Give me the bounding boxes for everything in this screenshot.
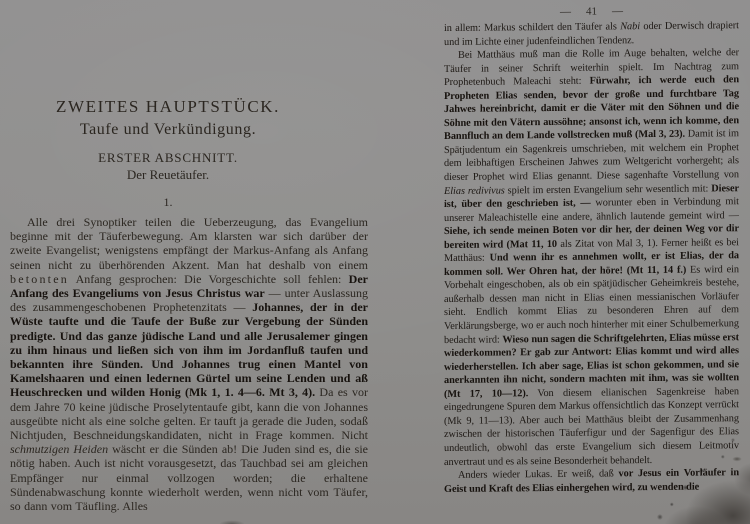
page-number: 41 — [586, 5, 597, 17]
right-page-body: in allem: Markus schildert den Täufer al… — [444, 19, 739, 496]
page-number-folio: — 41 — — [444, 3, 739, 19]
chapter-subtitle: Taufe und Verkündigung. — [10, 120, 347, 139]
text-run: in allem: Markus schildert den Täufer al… — [444, 21, 620, 34]
left-page-body: Alle drei Synoptiker teilen die Ueberzeu… — [10, 215, 368, 513]
body-paragraph: Anders wieder Lukas. Er weiß, daß vor Je… — [444, 466, 739, 496]
text-run: Anders wieder Lukas. Er weiß, daß — [458, 468, 619, 481]
chapter-title: ZWEITES HAUPTSTÜCK. — [10, 97, 347, 117]
left-page: ZWEITES HAUPTSTÜCK. Taufe und Verkündigu… — [10, 0, 368, 524]
body-paragraph: Bei Matthäus muß man die Rolle im Auge b… — [444, 46, 739, 469]
body-paragraph: in allem: Markus schildert den Täufer al… — [444, 19, 739, 49]
text-run: Nabi — [620, 21, 640, 32]
book-page-spread: ZWEITES HAUPTSTÜCK. Taufe und Verkündigu… — [0, 0, 750, 524]
text-run: schmutzigen Heiden — [10, 442, 108, 456]
text-run: Anfang gesprochen: Die Vorgeschichte sol… — [69, 272, 349, 286]
text-run: spielt im ersten Evangelium sehr wesentl… — [505, 183, 712, 196]
folio-dash-right: — — [612, 5, 623, 17]
chapter-heading: ZWEITES HAUPTSTÜCK. Taufe und Verkündigu… — [10, 97, 347, 182]
section-subtitle: Der Reuetäufer. — [10, 167, 347, 182]
section-title: ERSTER ABSCHNITT. — [10, 150, 347, 165]
folio-dash-left: — — [560, 5, 571, 17]
right-page: — 41 — in allem: Markus schildert den Tä… — [444, 3, 739, 522]
text-run: betonten — [10, 272, 69, 286]
paragraph-number: 1. — [10, 195, 347, 210]
body-paragraph: Alle drei Synoptiker teilen die Ueberzeu… — [10, 215, 368, 513]
text-run: Alle drei Synoptiker teilen die Ueberzeu… — [10, 215, 368, 272]
text-run: Elias redivivus — [444, 185, 505, 197]
